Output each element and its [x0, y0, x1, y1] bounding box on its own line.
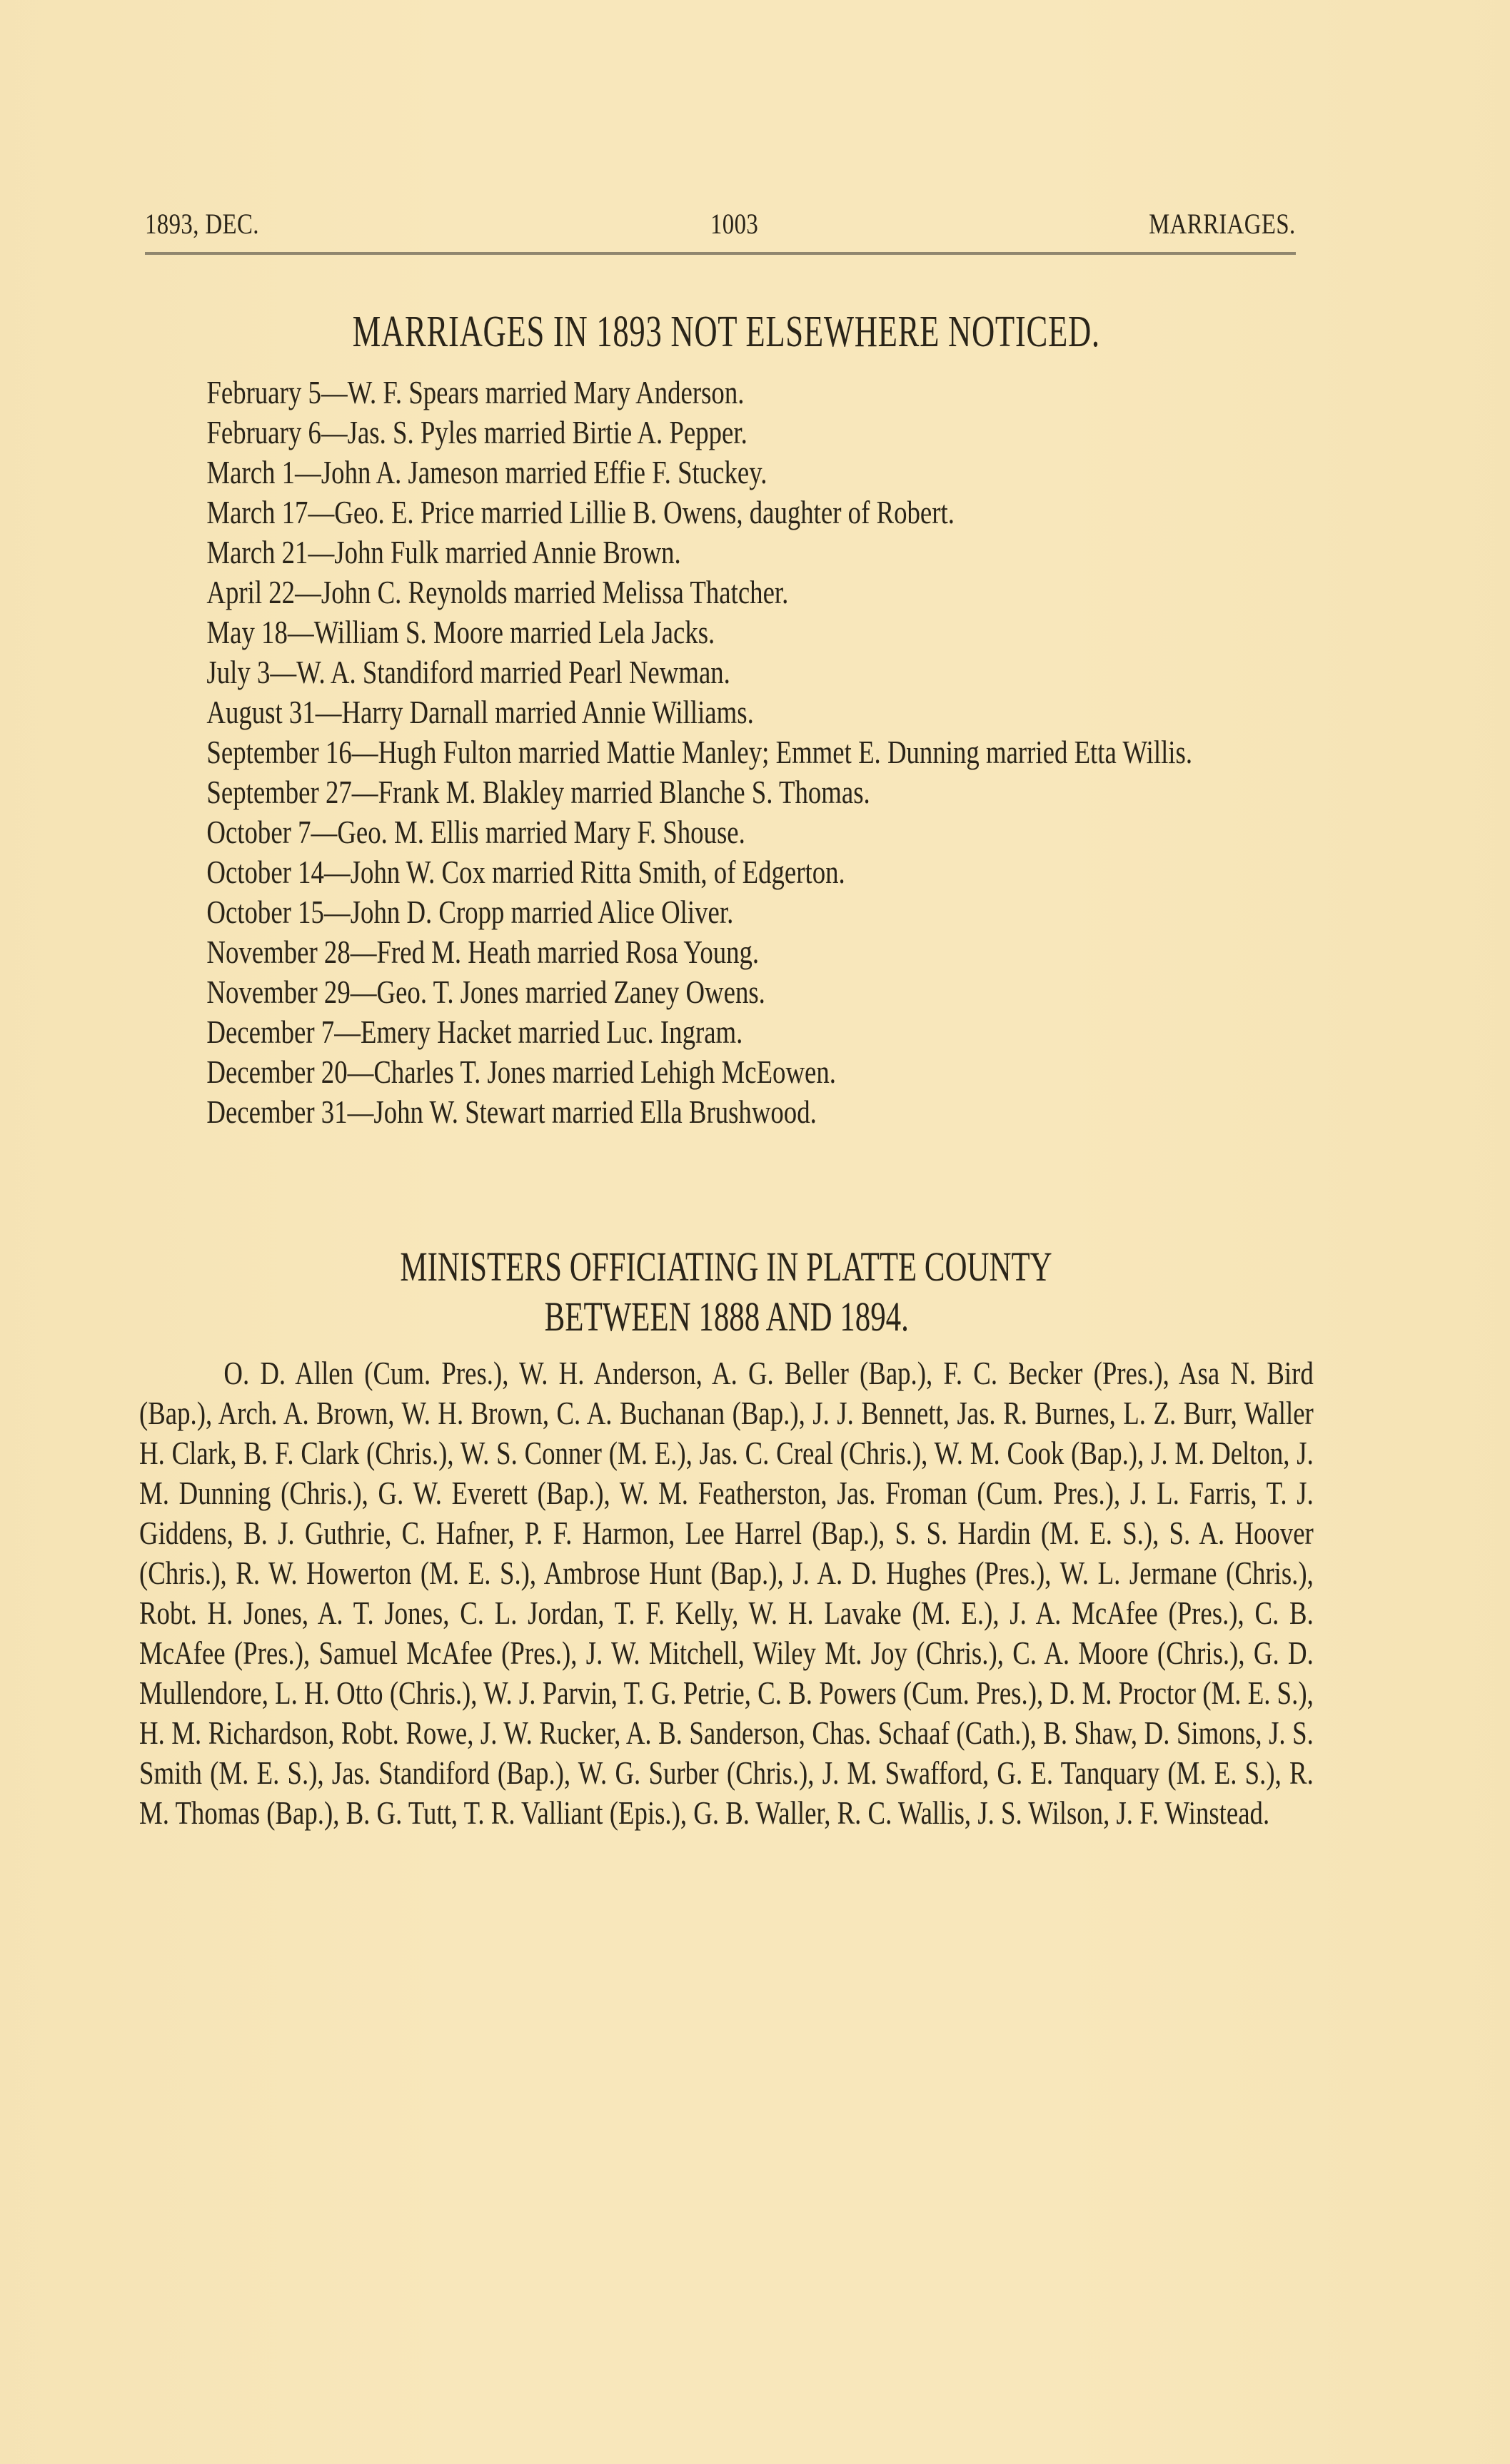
marriage-entry: October 14—John W. Cox married Ritta Smi… [139, 852, 1314, 892]
marriage-list: February 5—W. F. Spears married Mary And… [139, 373, 1314, 1132]
marriage-entry: December 7—Emery Hacket married Luc. Ing… [139, 1012, 1314, 1052]
marriage-entry: May 18—William S. Moore married Lela Jac… [139, 612, 1314, 652]
marriage-entry: March 21—John Fulk married Annie Brown. [139, 532, 1314, 572]
marriage-entry: February 6—Jas. S. Pyles married Birtie … [139, 413, 1314, 453]
header-rule [145, 252, 1296, 255]
marriage-entry: September 16—Hugh Fulton married Mattie … [139, 732, 1314, 772]
marriage-entry: August 31—Harry Darnall married Annie Wi… [139, 692, 1314, 732]
section-title-ministers: MINISTERS OFFICIATING IN PLATTE COUNTY B… [139, 1242, 1314, 1342]
section-title-marriages: MARRIAGES IN 1893 NOT ELSEWHERE NOTICED. [139, 307, 1314, 358]
running-head-date: 1893, DEC. [145, 207, 259, 241]
ministers-title-line-2: BETWEEN 1888 AND 1894. [544, 1292, 908, 1342]
marriage-entry: December 31—John W. Stewart married Ella… [139, 1092, 1314, 1132]
marriage-entry: October 15—John D. Cropp married Alice O… [139, 892, 1314, 932]
marriage-entry: February 5—W. F. Spears married Mary And… [139, 373, 1314, 413]
marriage-entry: April 22—John C. Reynolds married Meliss… [139, 572, 1314, 612]
marriage-entry: October 7—Geo. M. Ellis married Mary F. … [139, 812, 1314, 852]
marriage-entry: November 28—Fred M. Heath married Rosa Y… [139, 932, 1314, 972]
page-number: 1003 [710, 207, 758, 241]
ministers-title-line-1: MINISTERS OFFICIATING IN PLATTE COUNTY [401, 1242, 1052, 1292]
running-head-section: MARRIAGES. [1149, 207, 1296, 241]
marriage-entry: November 29—Geo. T. Jones married Zaney … [139, 972, 1314, 1012]
ministers-list-text: O. D. Allen (Cum. Pres.), W. H. Anderson… [139, 1353, 1314, 1833]
marriage-entry: March 1—John A. Jameson married Effie F.… [139, 453, 1314, 493]
ministers-paragraph: O. D. Allen (Cum. Pres.), W. H. Anderson… [139, 1353, 1314, 1833]
marriage-entry: March 17—Geo. E. Price married Lillie B.… [139, 493, 1314, 532]
marriage-entry: July 3—W. A. Standiford married Pearl Ne… [139, 652, 1314, 692]
marriage-entry: September 27—Frank M. Blakley married Bl… [139, 772, 1314, 812]
marriage-entry: December 20—Charles T. Jones married Leh… [139, 1052, 1314, 1092]
running-head: 1893, DEC. 1003 MARRIAGES. [139, 207, 1296, 250]
